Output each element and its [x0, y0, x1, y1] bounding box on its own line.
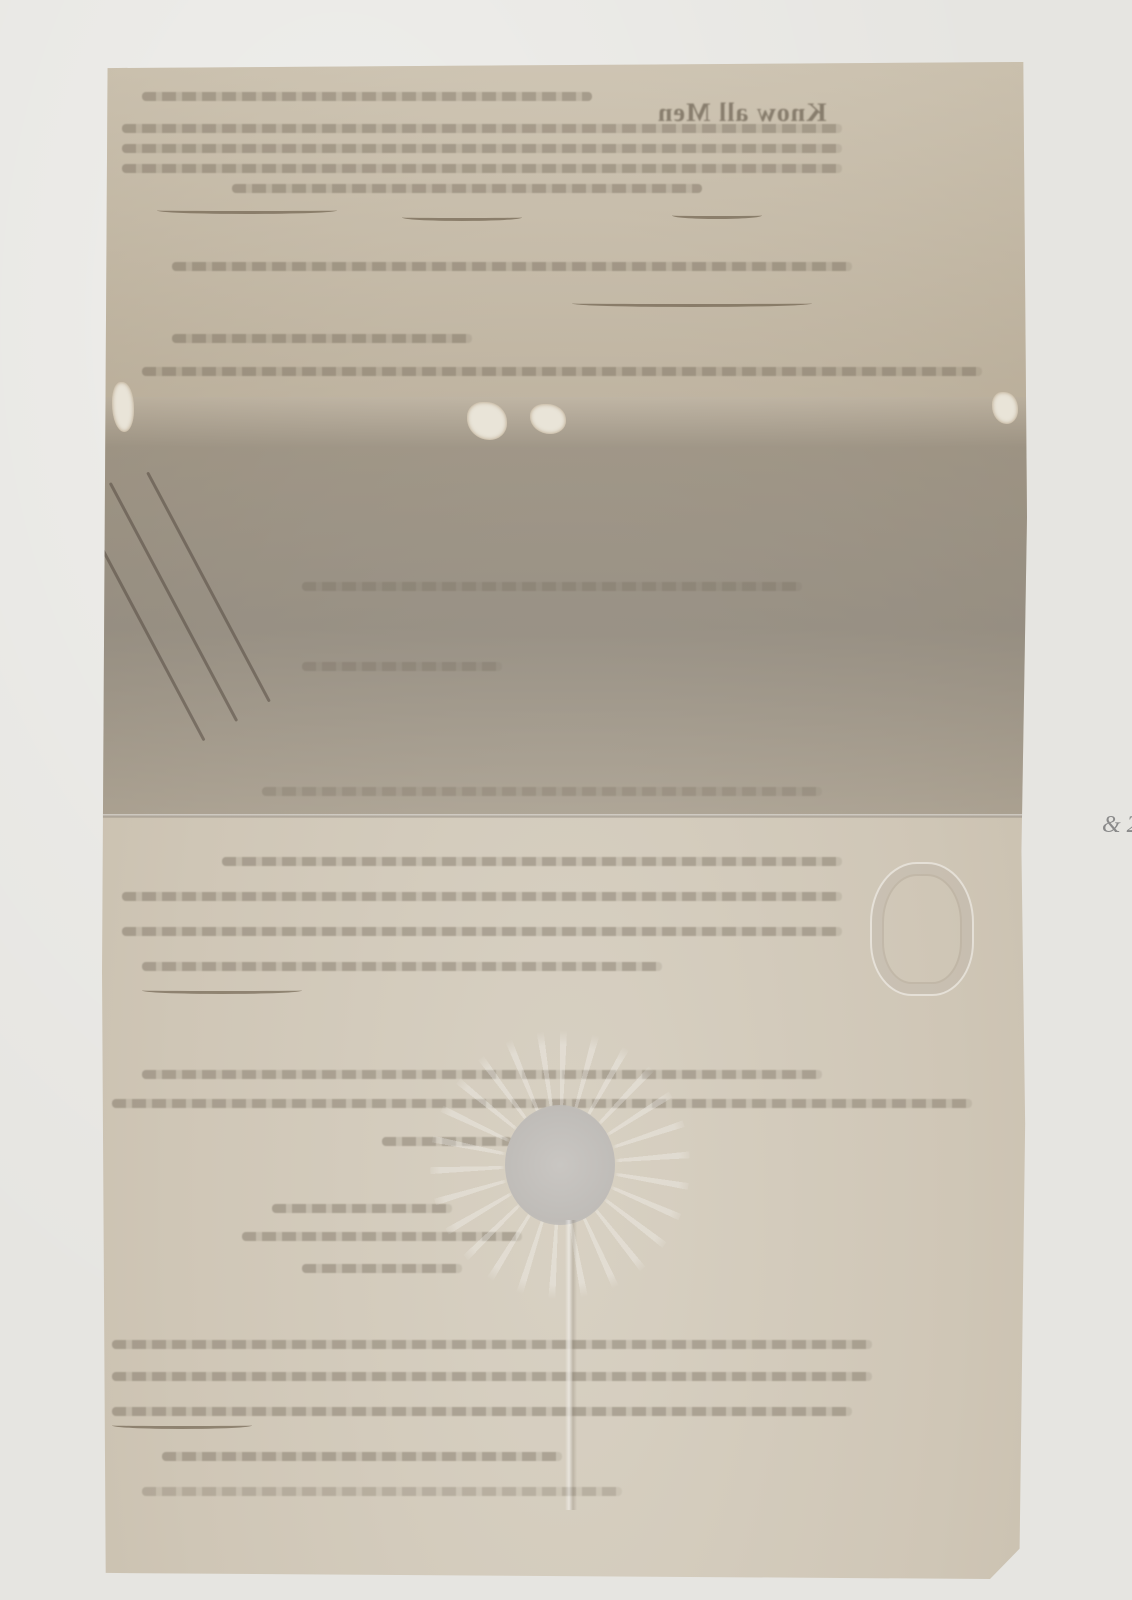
bleed-text-line	[162, 1452, 562, 1461]
bleed-text-line	[302, 1264, 462, 1273]
flourish-line	[402, 214, 522, 221]
fold-line	[102, 814, 1027, 818]
bleed-text-line	[142, 962, 662, 971]
wafer-seal	[505, 1105, 615, 1225]
bleed-text-line	[142, 367, 982, 376]
bleed-text-line	[142, 1487, 622, 1496]
bleed-text-line	[122, 164, 842, 173]
upper-discoloration	[102, 62, 1027, 397]
bleed-text-line	[122, 144, 842, 153]
bleed-text-line	[112, 1340, 872, 1349]
paper-crease	[565, 1220, 577, 1510]
paper-tear	[992, 392, 1018, 424]
bleed-text-line	[232, 184, 702, 193]
flourish-line	[112, 1422, 252, 1429]
paper-tear	[112, 382, 134, 432]
bleed-text-line	[112, 1372, 872, 1381]
bleed-text-line	[262, 787, 822, 796]
bleed-text-line	[222, 857, 842, 866]
bleed-text-line	[272, 1204, 452, 1213]
embossed-seal	[870, 862, 974, 996]
bleed-text-line	[302, 582, 802, 591]
bleed-text-line	[142, 92, 592, 101]
flourish-line	[572, 300, 812, 307]
pencil-annotation: & 2	[1102, 812, 1132, 839]
bleed-text-line	[122, 927, 842, 936]
margin-endorsement	[122, 457, 242, 767]
bleed-text-line	[122, 124, 842, 133]
bleed-text-line	[302, 662, 502, 671]
flourish-line	[672, 212, 762, 219]
bleed-text-line	[122, 892, 842, 901]
flourish-line	[157, 207, 337, 214]
bleed-text-line	[172, 334, 472, 343]
bleed-text-line	[112, 1407, 852, 1416]
flourish-line	[142, 987, 302, 994]
bleed-text-line	[172, 262, 852, 271]
